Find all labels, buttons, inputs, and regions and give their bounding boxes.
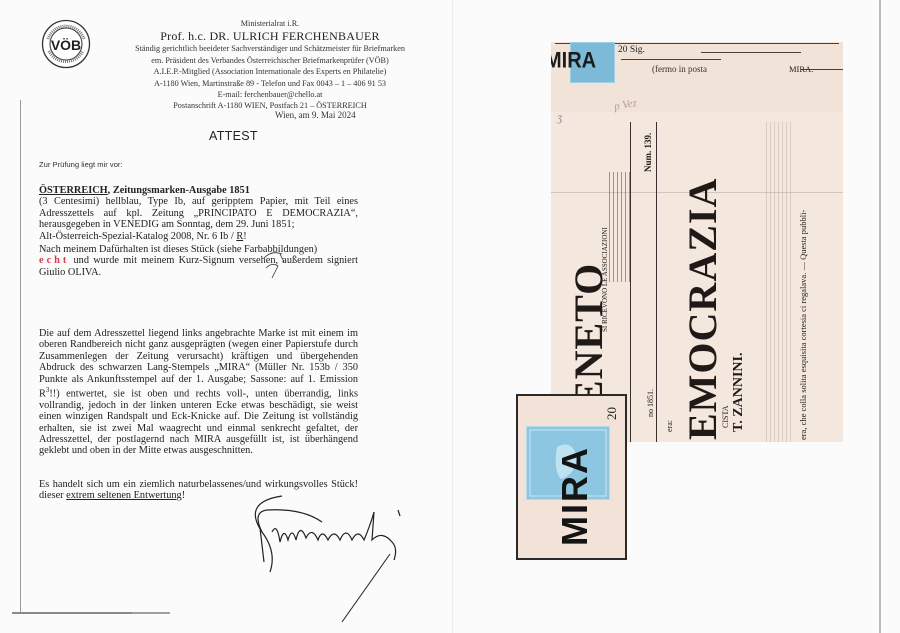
expert-signature — [222, 482, 422, 622]
authenticity-statement: Nach meinem Dafürhalten ist dieses Stück… — [39, 244, 358, 278]
article-line: era, che colla solita esquisita cortesia… — [798, 210, 808, 440]
pencil-annotation: p Vez — [613, 97, 638, 113]
logo-text: VÖB — [51, 37, 81, 53]
masthead-democrazia: EMOCRAZIA — [679, 178, 726, 440]
certificate-intro: Zur Prüfung liegt mir vor: — [39, 160, 123, 169]
stamp-detail-inset: 20 MIRA — [516, 394, 627, 560]
editor-name: T. ZANNINI. — [731, 353, 747, 432]
mira-cancellation: MIRA — [551, 49, 596, 74]
margin-bracket — [20, 100, 21, 613]
address-poste-restante: (fermo in posta — [652, 64, 707, 74]
letterhead-line: Ständig gerichtlich beeideter Sachverstä… — [100, 43, 440, 54]
margin-bracket — [12, 612, 132, 614]
issue-number: Num. 139. — [643, 133, 653, 172]
subscriptions-text — [609, 172, 631, 282]
letterhead-name: Prof. h.c. DR. ULRICH FERCHENBAUER — [100, 29, 440, 43]
genuine-mark: echt — [39, 255, 69, 266]
country-heading: ÖSTERREICH — [39, 185, 108, 196]
address-recipient: 20 Sig. — [618, 45, 645, 55]
address-destination: MIRA. — [789, 64, 813, 74]
expert-initials-signum — [262, 248, 288, 280]
letterhead-postal: Postanschrift A-1180 WIEN, Postfach 21 –… — [100, 100, 440, 111]
certificate-title: ATTEST — [209, 129, 258, 143]
address-label: MIRA 20 Sig. (fermo in posta MIRA. p Vez… — [551, 42, 843, 112]
issue-heading: , Zeitungsmarken-Ausgabe 1851 — [108, 185, 250, 196]
inset-number: 20 — [604, 407, 620, 420]
item-description: ÖSTERREICH, Zeitungsmarken-Ausgabe 1851 … — [39, 185, 358, 242]
page-border — [879, 0, 881, 633]
letterhead-line: A.I.E.P.-Mitglied (Association Internati… — [100, 66, 440, 77]
letterhead-email: E-mail: ferchenbauer@chello.at — [100, 89, 440, 100]
letterhead-address: A-1180 Wien, Martinstraße 89 - Telefon u… — [100, 78, 440, 89]
masthead-subtitle: CISTA — [721, 406, 730, 428]
catalog-reference: Alt-Österreich-Spezial-Katalog 2008, Nr.… — [39, 231, 358, 242]
article-text — [766, 122, 794, 442]
item-details: (3 Centesimi) hellblau, Type Ib, auf ger… — [39, 196, 358, 230]
newspaper-photo: MIRA 20 Sig. (fermo in posta MIRA. p Vez… — [551, 42, 843, 442]
pencil-mark: ʒ — [557, 110, 562, 125]
voeb-seal-logo: VÖB — [41, 19, 91, 69]
page-divider — [452, 0, 453, 633]
certificate-date: Wien, am 9. Mai 2024 — [275, 110, 356, 120]
inset-mira-cancellation: MIRA — [554, 446, 596, 546]
condition-description: Die auf dem Adresszettel liegend links a… — [39, 328, 358, 457]
letterhead-rank: Ministerialrat i.R. — [100, 18, 440, 29]
letterhead: Ministerialrat i.R. Prof. h.c. DR. ULRIC… — [100, 18, 440, 112]
issue-date: no 1851. — [646, 389, 655, 417]
column-fragment: era: — [665, 420, 674, 432]
letterhead-line: em. Präsident des Verbandes Österreichis… — [100, 55, 440, 66]
